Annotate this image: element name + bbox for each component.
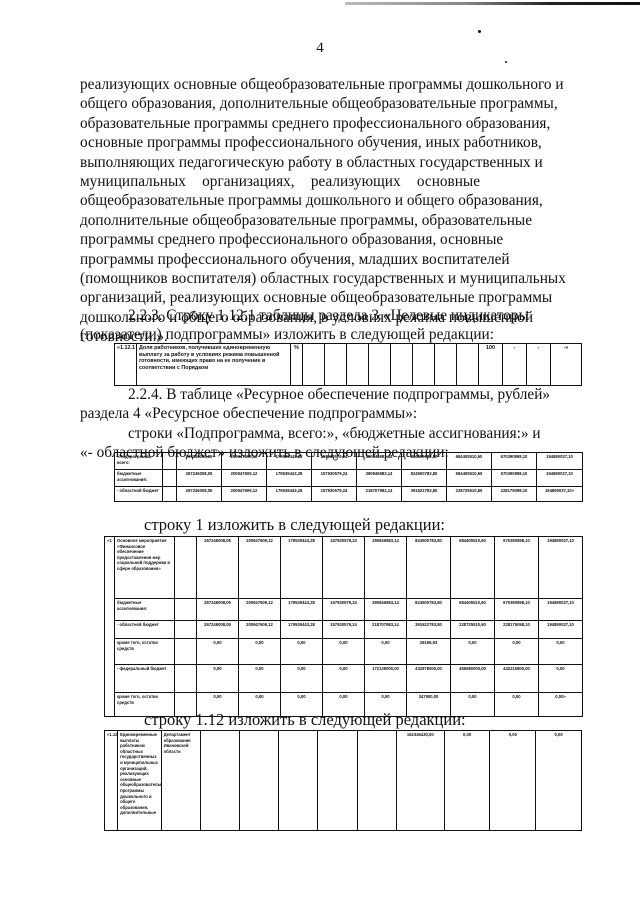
value-cell: 0,00 <box>539 665 583 693</box>
value-cell: 0,00 <box>239 665 281 693</box>
indicator-table: «1.12.1 Доля работников, получивших един… <box>114 343 582 386</box>
value-cell: 267246008,05 <box>177 470 222 487</box>
row-1-12-table: «1.12 Единовременные выплаты работникам … <box>104 730 582 831</box>
value-cell <box>435 344 457 386</box>
value-cell: 0,00 <box>444 731 490 831</box>
value-cell <box>457 344 479 386</box>
value-cell: 179539443,28 <box>267 470 312 487</box>
value-cell: 684405510,60 <box>447 453 492 470</box>
resource-totals-table: «Подпрограмма, всего:267246008,052009476… <box>114 452 583 502</box>
value-cell: 670390898,10 <box>492 470 537 487</box>
executor-cell <box>175 621 197 639</box>
value-cell: 194890037,10 <box>537 470 583 487</box>
row-1-12-heading: строку 1.12 изложить в следующей редакци… <box>144 710 466 729</box>
value-cell: 218707983,14 <box>365 621 407 639</box>
value-cell: 267246008,05 <box>177 487 222 502</box>
text-line: организаций, реализующих основные общеоб… <box>80 288 480 307</box>
value-cell: 157930579,24 <box>312 470 357 487</box>
text-line: 2.2.4. В таблице «Ресурное обеспечение п… <box>80 385 480 404</box>
value-cell <box>303 344 325 386</box>
value-cell: 200947609,12 <box>222 470 267 487</box>
text-line: 2.2.3. Строку 1.12.1 таблицы раздела 3 «… <box>80 306 480 325</box>
scan-speck <box>478 30 481 33</box>
table-row: «1.12 Единовременные выплаты работникам … <box>105 731 582 831</box>
value-cell: 218707983,14 <box>357 487 402 502</box>
value-cell: 824500783,80 <box>407 599 451 621</box>
value-cell: 157930579,24 <box>323 537 365 599</box>
table-row: «1Основное мероприятие «Финансовое обесп… <box>105 537 583 599</box>
value-cell: 179539443,28 <box>281 621 323 639</box>
table-row: бюджетные ассигнования:267246008,0520094… <box>105 599 583 621</box>
value-cell: 0,00» <box>539 693 583 717</box>
executor-cell <box>163 487 177 502</box>
text-line: программы профессионального обучения, мл… <box>80 250 480 269</box>
value-cell: 228725510,60 <box>447 487 492 502</box>
executor-cell <box>175 639 197 665</box>
row-label: кроме того, остатки средств <box>115 639 175 665</box>
executor-cell <box>175 665 197 693</box>
table-row: бюджетные ассигнования:267246008,0520094… <box>115 470 583 487</box>
executor-cell <box>163 453 177 470</box>
text-line: строки «Подпрограмма, всего:», «бюджетны… <box>80 424 480 443</box>
value-cell <box>325 344 347 386</box>
value-cell <box>413 344 435 386</box>
value-cell: 0,00 <box>495 639 539 665</box>
value-cell <box>279 731 318 831</box>
value-cell: 0,00 <box>281 665 323 693</box>
unit-cell: % <box>291 344 303 386</box>
row-label: бюджетные ассигнования: <box>115 470 163 487</box>
table-row: «1.12.1 Доля работников, получивших един… <box>115 344 582 386</box>
table-row: кроме того, остатки средств0,000,000,000… <box>105 639 583 665</box>
value-cell: 824500783,80 <box>402 470 447 487</box>
scan-speck <box>505 61 507 63</box>
value-cell: 267246008,05 <box>197 621 239 639</box>
value-cell: 157930579,24 <box>312 487 357 502</box>
value-cell: 267246008,05 <box>197 599 239 621</box>
value-cell: 194890037,10 <box>537 453 583 470</box>
value-cell: 670390898,10 <box>495 537 539 599</box>
value-cell: 228725510,60 <box>451 621 495 639</box>
value-cell: 200947609,12 <box>239 537 281 599</box>
value-cell: 391622783,80 <box>407 621 451 639</box>
value-cell: 26186,93 <box>407 639 451 665</box>
text-line: образовательные программы среднего профе… <box>80 114 480 133</box>
value-cell: 432878000,00 <box>407 665 451 693</box>
value-cell: 670390898,10 <box>495 599 539 621</box>
row-code: «1.12.1 <box>115 344 137 386</box>
row-label: - федеральный бюджет <box>115 665 175 693</box>
text-line: (показатели) подпрограммы» изложить в сл… <box>80 325 480 344</box>
text-line: муниципальных организациях, реализующих … <box>80 172 480 191</box>
value-cell: 442215800,00 <box>495 665 539 693</box>
value-cell: 228175098,10 <box>492 487 537 502</box>
value-cell: 390846983,14 <box>365 599 407 621</box>
value-cell <box>240 731 279 831</box>
value-cell: 670390898,10 <box>492 453 537 470</box>
page-number: 4 <box>0 40 640 57</box>
value-cell: 200947609,12 <box>239 599 281 621</box>
row-label: «Подпрограмма, всего: <box>115 453 163 470</box>
value-cell <box>391 344 413 386</box>
value-cell <box>318 731 357 831</box>
value-cell: 200947609,12 <box>239 621 281 639</box>
value-cell <box>357 731 396 831</box>
value-cell: 200947609,12 <box>222 487 267 502</box>
value-cell: - <box>503 344 527 386</box>
value-cell: 391622783,80 <box>402 487 447 502</box>
row-label: Основное мероприятие «Финансовое обеспеч… <box>115 537 175 599</box>
value-cell: 228175098,10 <box>495 621 539 639</box>
value-cell: 0,00 <box>197 639 239 665</box>
executor-cell: Департамент образования Ивановской облас… <box>161 731 200 831</box>
value-cell: 390846983,14 <box>357 470 402 487</box>
value-cell: 194890037,10» <box>537 487 583 502</box>
value-cell: 0,00 <box>451 639 495 665</box>
indicator-name: Доля работников, получивших единовременн… <box>137 344 291 386</box>
value-cell: 455680000,00 <box>451 665 495 693</box>
value-cell: 267246008,05 <box>197 537 239 599</box>
row-label: - областной бюджет <box>115 621 175 639</box>
value-cell: 179539443,28 <box>281 599 323 621</box>
text-line: основные программы профессионального обу… <box>80 133 480 152</box>
value-cell <box>347 344 369 386</box>
table-row: - федеральный бюджет0,000,000,000,001721… <box>105 665 583 693</box>
executor-cell <box>163 470 177 487</box>
section-2-2-3-text: 2.2.3. Строку 1.12.1 таблицы раздела 3 «… <box>80 306 480 345</box>
value-cell: 684405510,60 <box>447 470 492 487</box>
table-row: - областной бюджет267246008,05200947609,… <box>105 621 583 639</box>
value-cell: 179539443,28 <box>281 537 323 599</box>
value-cell: 179539443,28 <box>267 453 312 470</box>
scan-edge-artifact <box>345 2 640 5</box>
value-cell: 162346430,00 <box>396 731 444 831</box>
row-code: «1 <box>105 537 115 717</box>
row-code: «1.12 <box>105 731 118 831</box>
value-cell: 0,00 <box>239 639 281 665</box>
text-line: общеобразовательные программы дошкольног… <box>80 191 480 210</box>
text-line: (помощников воспитателя) областных госуд… <box>80 269 480 288</box>
value-cell: 390846983,14 <box>357 453 402 470</box>
value-cell: 0,00 <box>281 639 323 665</box>
value-cell: 200947609,12 <box>222 453 267 470</box>
table-row: «Подпрограмма, всего:267246008,052009476… <box>115 453 583 470</box>
value-cell: 0,00 <box>495 693 539 717</box>
text-line: выполняющих педагогическую работу в обла… <box>80 153 480 172</box>
row-label: Единовременные выплаты работникам област… <box>118 731 162 831</box>
row-label: бюджетные ассигнования: <box>115 599 175 621</box>
value-cell: 194890037,10 <box>539 621 583 639</box>
value-cell: 0,00 <box>490 731 536 831</box>
value-cell: 194890037,10 <box>539 537 583 599</box>
value-cell: 684405510,60 <box>451 537 495 599</box>
value-cell <box>369 344 391 386</box>
text-line: реализующих основные общеобразовательные… <box>80 75 480 94</box>
value-cell: 157930579,24 <box>312 453 357 470</box>
executor-cell <box>175 599 197 621</box>
row-1-heading: строку 1 изложить в следующей редакции: <box>144 515 445 534</box>
value-cell: 390846983,14 <box>365 537 407 599</box>
value-cell: 0,00 <box>323 639 365 665</box>
value-cell: 0,00 <box>536 731 582 831</box>
value-cell: 684405510,60 <box>451 599 495 621</box>
text-line: раздела 4 «Ресурсное обеспечение подпрог… <box>80 404 480 423</box>
value-cell: 157930579,24 <box>323 599 365 621</box>
value-cell: 179539443,28 <box>267 487 312 502</box>
value-cell: 172139000,00 <box>365 665 407 693</box>
section-2-2-4-text: 2.2.4. В таблице «Ресурное обеспечение п… <box>80 385 480 463</box>
value-cell: 0,00 <box>323 665 365 693</box>
value-cell: 100 <box>479 344 503 386</box>
value-cell: -» <box>551 344 582 386</box>
text-line: дополнительные общеобразовательные прогр… <box>80 211 480 230</box>
value-cell: 267246008,05 <box>177 453 222 470</box>
value-cell <box>200 731 239 831</box>
executor-cell <box>175 537 197 599</box>
value-cell: 0,00 <box>539 639 583 665</box>
row-1-table: «1Основное мероприятие «Финансовое обесп… <box>104 536 583 717</box>
text-line: общего образования, дополнительные общео… <box>80 94 480 113</box>
value-cell: 0,00 <box>365 639 407 665</box>
value-cell: 0,00 <box>197 665 239 693</box>
row-label: - областной бюджет <box>115 487 163 502</box>
value-cell: - <box>527 344 551 386</box>
value-cell: 194890037,10 <box>539 599 583 621</box>
value-cell: 157930579,24 <box>323 621 365 639</box>
value-cell: 824500783,80 <box>407 537 451 599</box>
text-line: программы среднего профессионального обр… <box>80 230 480 249</box>
value-cell: 824500783,80 <box>402 453 447 470</box>
table-row: - областной бюджет267246008,05200947609,… <box>115 487 583 502</box>
